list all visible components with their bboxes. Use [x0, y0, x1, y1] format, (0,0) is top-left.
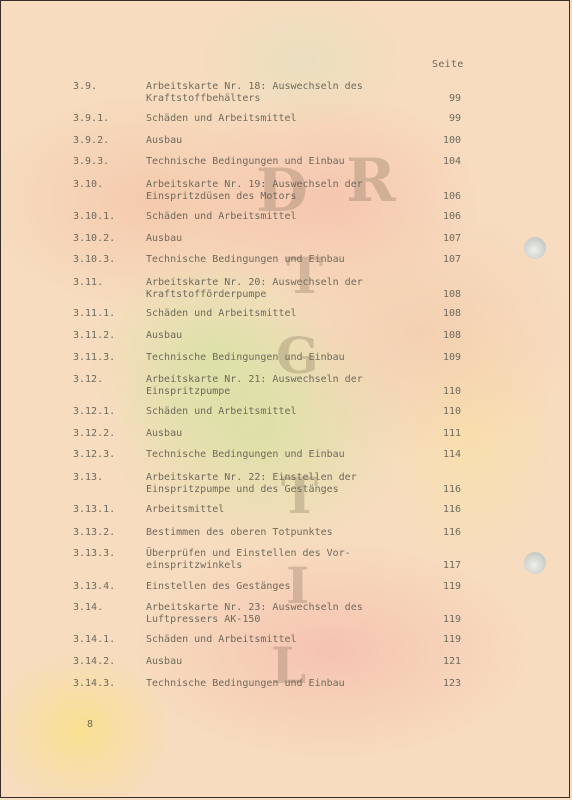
section-number: 3.12.1. — [73, 406, 115, 418]
section-number: 3.12.2. — [73, 428, 115, 440]
page-number: 121 — [443, 656, 461, 668]
page-number: 99 — [449, 113, 461, 125]
page-number: 107 — [443, 233, 461, 245]
section-title: Arbeitsmittel — [146, 504, 406, 516]
section-number: 3.11.1. — [73, 308, 115, 320]
section-title: Schäden und Arbeitsmittel — [146, 211, 406, 223]
page-number: 116 — [443, 527, 461, 539]
page-number: 123 — [443, 678, 461, 690]
page-number: 119 — [443, 614, 461, 626]
section-title: Ausbau — [146, 135, 406, 147]
section-number: 3.9.1. — [73, 113, 109, 125]
section-title: Überprüfen und Einstellen des Vor-einspr… — [146, 548, 406, 572]
section-number: 3.11.3. — [73, 352, 115, 364]
section-number: 3.13. — [73, 472, 103, 484]
section-title: Ausbau — [146, 233, 406, 245]
page-number: 117 — [443, 560, 461, 572]
section-number: 3.14.3. — [73, 678, 115, 690]
section-title: Arbeitskarte Nr. 22: Einstellen derEinsp… — [146, 472, 406, 496]
section-title: Arbeitskarte Nr. 19: Auswechseln derEins… — [146, 179, 406, 203]
section-title: Ausbau — [146, 428, 406, 440]
section-title: Schäden und Arbeitsmittel — [146, 308, 406, 320]
page-number: 106 — [443, 211, 461, 223]
section-title: Technische Bedingungen und Einbau — [146, 678, 406, 690]
page-number: 111 — [443, 428, 461, 440]
section-number: 3.13.1. — [73, 504, 115, 516]
section-title: Technische Bedingungen und Einbau — [146, 352, 406, 364]
section-number: 3.9.2. — [73, 135, 109, 147]
section-title: Arbeitskarte Nr. 21: Auswechseln derEins… — [146, 374, 406, 398]
section-title: Arbeitskarte Nr. 20: Auswechseln derKraf… — [146, 277, 406, 301]
section-title: Ausbau — [146, 656, 406, 668]
document-page: D R T G T I L Seite 3.9. Arbeitskarte Nr… — [0, 0, 570, 798]
section-title: Technische Bedingungen und Einbau — [146, 449, 406, 461]
section-number: 3.13.4. — [73, 581, 115, 593]
section-number: 3.12.3. — [73, 449, 115, 461]
section-title: Schäden und Arbeitsmittel — [146, 406, 406, 418]
page-number: 107 — [443, 254, 461, 266]
section-number: 3.14.1. — [73, 634, 115, 646]
section-number: 3.13.2. — [73, 527, 115, 539]
page-number: 110 — [443, 386, 461, 398]
section-title: Schäden und Arbeitsmittel — [146, 634, 406, 646]
section-title: Arbeitskarte Nr. 18: Auswechseln desKraf… — [146, 81, 406, 105]
page-number: 104 — [443, 156, 461, 168]
page-number: 114 — [443, 449, 461, 461]
section-number: 3.14. — [73, 602, 103, 614]
footer-page-number: 8 — [87, 719, 93, 730]
page-number: 108 — [443, 330, 461, 342]
page-number: 116 — [443, 484, 461, 496]
punch-hole — [524, 237, 546, 259]
section-title: Einstellen des Gestänges — [146, 581, 406, 593]
section-number: 3.10.1. — [73, 211, 115, 223]
page-number: 108 — [443, 308, 461, 320]
section-number: 3.14.2. — [73, 656, 115, 668]
section-title: Technische Bedingungen und Einbau — [146, 254, 406, 266]
section-number: 3.9. — [73, 81, 97, 93]
page-number: 108 — [443, 289, 461, 301]
page-number: 110 — [443, 406, 461, 418]
section-title: Bestimmen des oberen Totpunktes — [146, 527, 406, 539]
page-number: 106 — [443, 191, 461, 203]
page-number: 99 — [449, 93, 461, 105]
section-number: 3.12. — [73, 374, 103, 386]
section-number: 3.10. — [73, 179, 103, 191]
page-number: 100 — [443, 135, 461, 147]
page-number: 109 — [443, 352, 461, 364]
section-title: Ausbau — [146, 330, 406, 342]
page-column-header: Seite — [432, 59, 464, 70]
section-title: Arbeitskarte Nr. 23: Auswechseln desLuft… — [146, 602, 406, 626]
page-number: 119 — [443, 581, 461, 593]
punch-hole — [524, 552, 546, 574]
section-number: 3.9.3. — [73, 156, 109, 168]
section-number: 3.11.2. — [73, 330, 115, 342]
section-number: 3.10.2. — [73, 233, 115, 245]
section-number: 3.11. — [73, 277, 103, 289]
section-number: 3.13.3. — [73, 548, 115, 560]
page-number: 116 — [443, 504, 461, 516]
section-title: Technische Bedingungen und Einbau — [146, 156, 406, 168]
section-number: 3.10.3. — [73, 254, 115, 266]
section-title: Schäden und Arbeitsmittel — [146, 113, 406, 125]
page-number: 119 — [443, 634, 461, 646]
